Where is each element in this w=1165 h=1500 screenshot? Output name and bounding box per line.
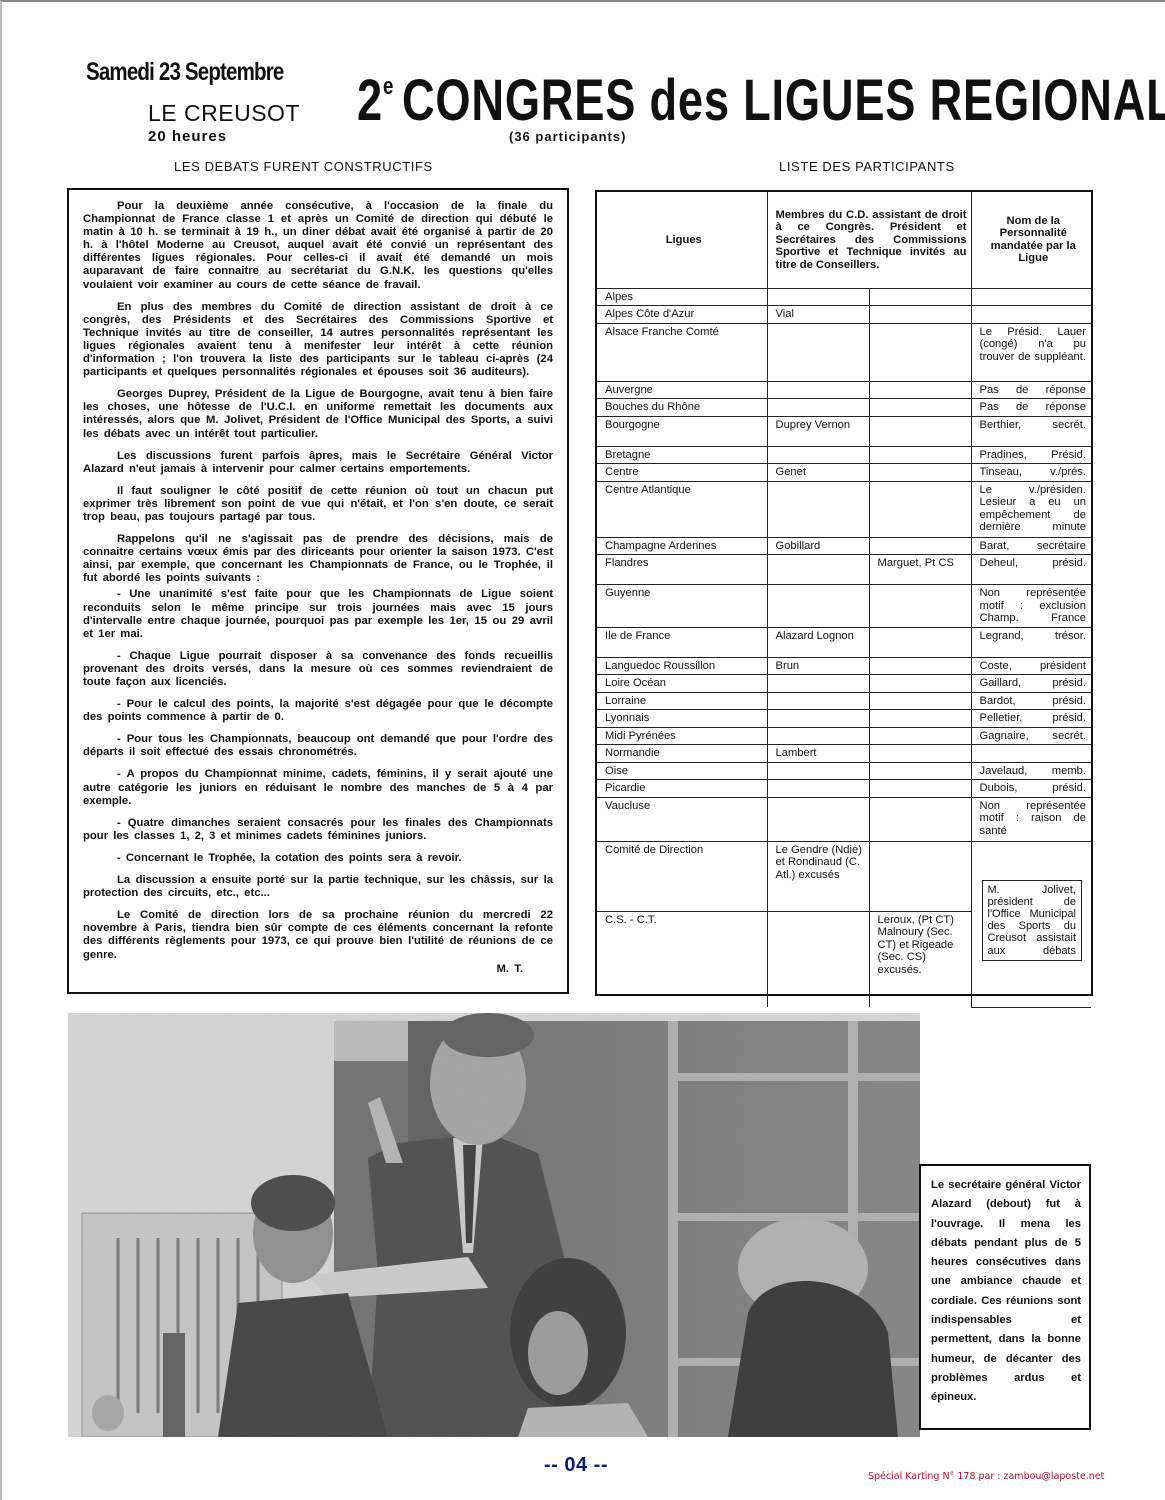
- article-paragraph: Rappelons qu'il ne s'agissait pas de pre…: [83, 533, 553, 585]
- commissions-cell: [869, 381, 971, 399]
- article-paragraph: Le Comité de direction lors de sa procha…: [83, 909, 553, 961]
- commissions-cell: [869, 657, 971, 675]
- nom-cell: Pas de réponse: [971, 399, 1091, 417]
- membres-cd-cell: [767, 399, 869, 417]
- event-time: 20 heures: [148, 128, 227, 145]
- article-paragraph: Georges Duprey, Président de la Ligue de…: [83, 388, 553, 440]
- ligue-cell: C.S. - C.T.: [597, 911, 767, 1007]
- commissions-cell: [869, 288, 971, 306]
- ligue-cell: Lyonnais: [597, 710, 767, 728]
- ligue-cell: Alpes: [597, 288, 767, 306]
- article-paragraph: Les discussions furent parfois âpres, ma…: [83, 450, 553, 476]
- table-row: BourgogneDuprey VernonBerthier, secrét.: [597, 416, 1091, 446]
- ligue-cell: Champagne Ardennes: [597, 537, 767, 555]
- article-signature: M. T.: [83, 963, 523, 976]
- ligue-cell: Ile de France: [597, 627, 767, 657]
- ligue-cell: Lorraine: [597, 692, 767, 710]
- title-ordinal: 2: [357, 68, 383, 133]
- table-row: Midi PyrénéesGagnaire, secrét.: [597, 727, 1091, 745]
- nom-cell: [971, 306, 1091, 324]
- article-point: - Pour tous les Championnats, beaucoup o…: [83, 733, 553, 759]
- ligue-cell: Bretagne: [597, 446, 767, 464]
- table-row: Alpes Côte d'AzurVial: [597, 306, 1091, 324]
- table-row: GuyenneNon représentée motif : exclusion…: [597, 585, 1091, 628]
- table-row: NormandieLambert: [597, 745, 1091, 763]
- table-row: PicardieDubois, présid.: [597, 780, 1091, 798]
- table-row: Alsace Franche ComtéLe Présid. Lauer (co…: [597, 323, 1091, 381]
- article-point: - Concernant le Trophée, la cotation des…: [83, 852, 553, 865]
- nom-cell: Le Présid. Lauer (congé) n'a pu trouver …: [971, 323, 1091, 381]
- commissions-cell: [869, 780, 971, 798]
- membres-cd-cell: [767, 727, 869, 745]
- article-point: - Chaque Ligue pourrait disposer à sa co…: [83, 650, 553, 689]
- ligue-cell: Vaucluse: [597, 797, 767, 841]
- nom-cell: Javelaud, memb.: [971, 762, 1091, 780]
- membres-cd-cell: Alazard Lognon: [767, 627, 869, 657]
- membres-cd-cell: Le Gendre (Ndie) et Rondinaud (C. Atl.) …: [767, 841, 869, 911]
- table-row: LyonnaisPelletier, présid.: [597, 710, 1091, 728]
- membres-cd-cell: [767, 762, 869, 780]
- membres-cd-cell: [767, 381, 869, 399]
- article-paragraph: La discussion a ensuite porté sur la par…: [83, 874, 553, 900]
- ligue-cell: Guyenne: [597, 585, 767, 628]
- table-row: FlandresMarguet, Pt CSDeheul, présid.: [597, 555, 1091, 585]
- table-row: Centre AtlantiqueLe v./présiden. Lesieur…: [597, 481, 1091, 537]
- table-heading: LISTE DES PARTICIPANTS: [779, 159, 955, 174]
- nom-cell: Bardot, présid.: [971, 692, 1091, 710]
- ligue-cell: Auvergne: [597, 381, 767, 399]
- membres-cd-cell: Vial: [767, 306, 869, 324]
- commissions-cell: [869, 797, 971, 841]
- commissions-cell: [869, 762, 971, 780]
- membres-cd-cell: Lambert: [767, 745, 869, 763]
- commissions-cell: [869, 416, 971, 446]
- nom-cell: Pas de réponse: [971, 381, 1091, 399]
- commissions-cell: Leroux, (Pt CT) Malnoury (Sec. CT) et Ri…: [869, 911, 971, 1007]
- table-row: LorraineBardot, présid.: [597, 692, 1091, 710]
- table-row: Comité de DirectionLe Gendre (Ndie) et R…: [597, 841, 1091, 911]
- title-text: CONGRES des LIGUES REGIONALES: [402, 68, 1165, 133]
- nom-cell: Legrand, trésor.: [971, 627, 1091, 657]
- page-number: -- 04 --: [544, 1454, 608, 1477]
- membres-cd-cell: [767, 692, 869, 710]
- nom-cell: Non représentée motif : raison de santé: [971, 797, 1091, 841]
- table-row: OiseJavelaud, memb.: [597, 762, 1091, 780]
- participants-count: (36 participants): [509, 129, 626, 144]
- ligue-cell: Loire Océan: [597, 675, 767, 693]
- event-city: LE CREUSOT: [148, 100, 300, 127]
- footer-credit: Spécial Karting N° 178 par : zambou@lapo…: [868, 1471, 1104, 1482]
- nom-cell: Gaillard, présid.: [971, 675, 1091, 693]
- ligue-cell: Normandie: [597, 745, 767, 763]
- table-header-row: Ligues Membres du C.D. assistant de droi…: [597, 192, 1091, 288]
- commissions-cell: [869, 399, 971, 417]
- commissions-cell: [869, 745, 971, 763]
- article-paragraph: En plus des membres du Comité de directi…: [83, 301, 553, 380]
- ligue-cell: Comité de Direction: [597, 841, 767, 911]
- ligue-cell: Bourgogne: [597, 416, 767, 446]
- nom-cell: Deheul, présid.: [971, 555, 1091, 585]
- commissions-cell: [869, 727, 971, 745]
- nom-cell: Le v./présiden. Lesieur a eu un empêchem…: [971, 481, 1091, 537]
- ligue-cell: Bouches du Rhône: [597, 399, 767, 417]
- commissions-cell: [869, 585, 971, 628]
- table-row: CentreGenetTinseau, v./prés.: [597, 464, 1091, 482]
- event-photo: [68, 1013, 920, 1437]
- commissions-cell: [869, 675, 971, 693]
- jolivet-note: M. Jolivet, président de l'Office Munici…: [982, 880, 1083, 961]
- table-row: Bouches du RhônePas de réponse: [597, 399, 1091, 417]
- nom-cell: Pelletier, présid.: [971, 710, 1091, 728]
- membres-cd-cell: [767, 585, 869, 628]
- nom-cell: [971, 288, 1091, 306]
- table-body: AlpesAlpes Côte d'AzurVialAlsace Franche…: [597, 288, 1091, 1007]
- participants-table-container: Ligues Membres du C.D. assistant de droi…: [595, 190, 1093, 996]
- membres-cd-cell: [767, 446, 869, 464]
- article-box: Pour la deuxième année consécutive, à l'…: [67, 188, 569, 994]
- photo-caption: Le secrétaire général Victor Alazard (de…: [931, 1176, 1081, 1408]
- nom-cell: Dubois, présid.: [971, 780, 1091, 798]
- table-row: Champagne ArdennesGobillardBarat, secrét…: [597, 537, 1091, 555]
- nom-cell: M. Jolivet, président de l'Office Munici…: [971, 841, 1091, 1007]
- commissions-cell: [869, 481, 971, 537]
- membres-cd-cell: [767, 911, 869, 1007]
- commissions-cell: [869, 537, 971, 555]
- membres-cd-cell: Gobillard: [767, 537, 869, 555]
- table-row: Ile de FranceAlazard LognonLegrand, trés…: [597, 627, 1091, 657]
- article-point: - Quatre dimanches seraient consacrés po…: [83, 817, 553, 843]
- title-ordinal-suffix: e: [383, 73, 394, 100]
- membres-cd-cell: Genet: [767, 464, 869, 482]
- membres-cd-cell: Brun: [767, 657, 869, 675]
- ligue-cell: Picardie: [597, 780, 767, 798]
- ligue-cell: Midi Pyrénées: [597, 727, 767, 745]
- nom-cell: Coste, président: [971, 657, 1091, 675]
- nom-cell: Gagnaire, secrét.: [971, 727, 1091, 745]
- membres-cd-cell: [767, 323, 869, 381]
- ligue-cell: Alpes Côte d'Azur: [597, 306, 767, 324]
- table-row: Loire OcéanGaillard, présid.: [597, 675, 1091, 693]
- participants-table: Ligues Membres du C.D. assistant de droi…: [597, 192, 1091, 1008]
- nom-cell: Pradines, Présid.: [971, 446, 1091, 464]
- ligue-cell: Centre Atlantique: [597, 481, 767, 537]
- membres-cd-cell: [767, 780, 869, 798]
- photo-illustration: [68, 1013, 920, 1437]
- membres-cd-cell: Duprey Vernon: [767, 416, 869, 446]
- table-row: Languedoc RoussillonBrunCoste, président: [597, 657, 1091, 675]
- nom-cell: Tinseau, v./prés.: [971, 464, 1091, 482]
- article-point: - Pour le calcul des points, la majorité…: [83, 698, 553, 724]
- column-header-nom: Nom de la Personnalité mandatée par la L…: [971, 192, 1091, 288]
- commissions-cell: Marguet, Pt CS: [869, 555, 971, 585]
- column-header-ligues: Ligues: [597, 192, 767, 288]
- ligue-cell: Alsace Franche Comté: [597, 323, 767, 381]
- membres-cd-cell: [767, 797, 869, 841]
- page-title: 2eCONGRES des LIGUES REGIONALES: [357, 54, 1165, 134]
- commissions-cell: [869, 446, 971, 464]
- ligue-cell: Flandres: [597, 555, 767, 585]
- table-row: VaucluseNon représentée motif : raison d…: [597, 797, 1091, 841]
- nom-cell: Non représentée motif : exclusion Champ.…: [971, 585, 1091, 628]
- article-heading: LES DEBATS FURENT CONSTRUCTIFS: [174, 159, 433, 174]
- table-row: AuvergnePas de réponse: [597, 381, 1091, 399]
- article-point: - Une unanimité s'est faite pour que les…: [83, 588, 553, 640]
- commissions-cell: [869, 464, 971, 482]
- commissions-cell: [869, 306, 971, 324]
- membres-cd-cell: [767, 555, 869, 585]
- article-paragraph: Il faut souligner le côté positif de cet…: [83, 485, 553, 524]
- event-date: Samedi 23 Septembre: [86, 58, 283, 87]
- membres-cd-cell: [767, 710, 869, 728]
- nom-cell: Berthier, secrét.: [971, 416, 1091, 446]
- table-row: BretagnePradines, Présid.: [597, 446, 1091, 464]
- membres-cd-cell: [767, 675, 869, 693]
- commissions-cell: [869, 323, 971, 381]
- photo-caption-box: Le secrétaire général Victor Alazard (de…: [919, 1164, 1091, 1430]
- nom-cell: Barat, secrétaire: [971, 537, 1091, 555]
- commissions-cell: [869, 841, 971, 911]
- membres-cd-cell: [767, 288, 869, 306]
- commissions-cell: [869, 710, 971, 728]
- article-point: - A propos du Championnat minime, cadets…: [83, 768, 553, 807]
- commissions-cell: [869, 692, 971, 710]
- membres-cd-cell: [767, 481, 869, 537]
- nom-cell: [971, 745, 1091, 763]
- ligue-cell: Centre: [597, 464, 767, 482]
- ligue-cell: Languedoc Roussillon: [597, 657, 767, 675]
- article-paragraph: Pour la deuxième année consécutive, à l'…: [83, 200, 553, 292]
- ligue-cell: Oise: [597, 762, 767, 780]
- table-row: Alpes: [597, 288, 1091, 306]
- commissions-cell: [869, 627, 971, 657]
- column-header-membres: Membres du C.D. assistant de droit à ce …: [767, 192, 971, 288]
